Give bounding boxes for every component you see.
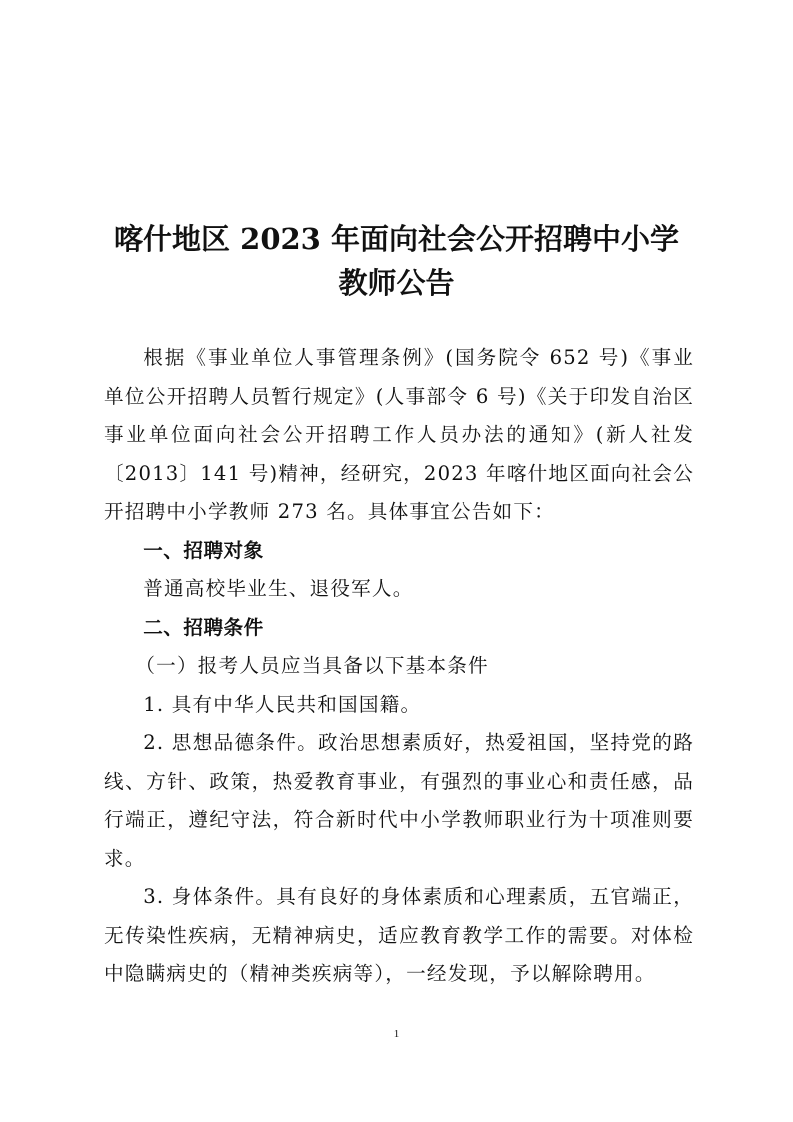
title-line-1: 喀什地区 2023 年面向社会公开招聘中小学 [100,217,693,261]
section-heading-recruitment-conditions: 二、招聘条件 [104,609,694,648]
condition-3-physical: 3. 身体条件。具有良好的身体素质和心理素质，五官端正，无传染性疾病，无精神病史… [104,878,694,994]
title-line-2: 教师公告 [100,261,693,305]
page-number: 1 [0,1028,793,1040]
document-page: 喀什地区 2023 年面向社会公开招聘中小学 教师公告 根据《事业单位人事管理条… [0,0,793,1122]
subsection-heading-basic-conditions: （一）报考人员应当具备以下基本条件 [104,647,694,686]
recruitment-targets-text: 普通高校毕业生、退役军人。 [104,570,694,609]
document-body: 根据《事业单位人事管理条例》(国务院令 652 号)《事业单位公开招聘人员暂行规… [104,339,694,994]
condition-2-moral: 2. 思想品德条件。政治思想素质好，热爱祖国，坚持党的路线、方针、政策，热爱教育… [104,724,694,878]
section-heading-recruitment-targets: 一、招聘对象 [104,532,694,571]
document-title: 喀什地区 2023 年面向社会公开招聘中小学 教师公告 [100,217,693,305]
intro-paragraph: 根据《事业单位人事管理条例》(国务院令 652 号)《事业单位公开招聘人员暂行规… [104,339,694,532]
condition-1-nationality: 1. 具有中华人民共和国国籍。 [104,686,694,725]
